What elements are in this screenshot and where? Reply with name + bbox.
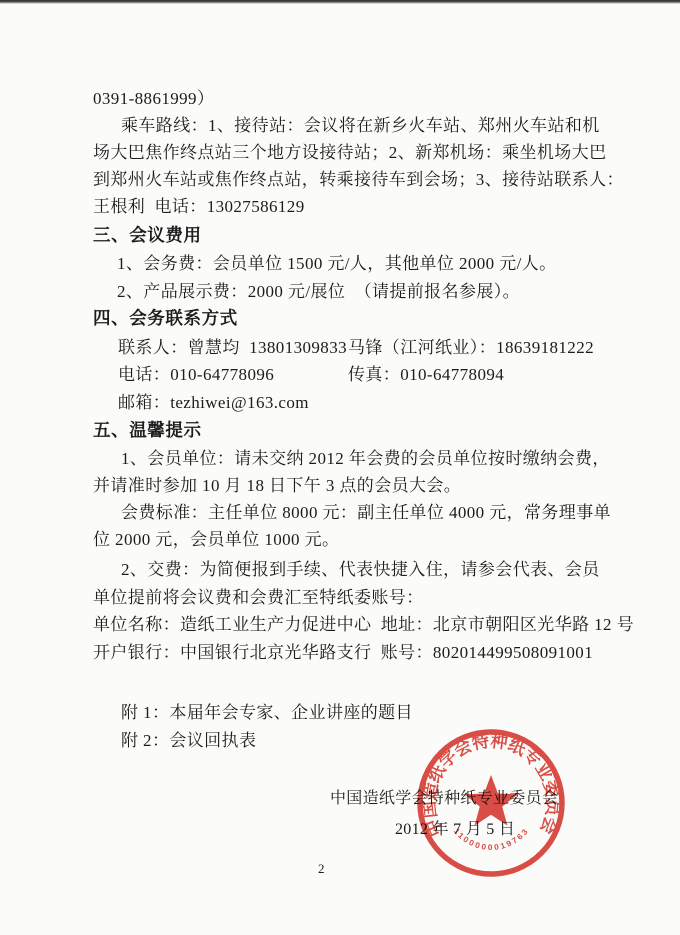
text-line: 五、温馨提示 — [93, 420, 202, 442]
text-line: 乘车路线：1、接待站：会议将在新乡火车站、郑州火车站和机 — [121, 115, 600, 136]
seal-code-text: 1100000019763 — [452, 826, 531, 852]
text-line: 联系人：曾慧均 13801309833 — [118, 337, 347, 358]
text-line: 电话：010-64778096 — [118, 364, 274, 385]
text-line: 1、会务费：会员单位 1500 元/人，其他单位 2000 元/人。 — [117, 253, 557, 274]
text-line: 单位提前将会议费和会费汇至特纸委账号： — [93, 587, 424, 608]
text-line: 马锋（江河纸业）：18639181222 — [348, 337, 594, 358]
text-line: 位 2000 元，会员单位 1000 元。 — [93, 529, 339, 550]
text-line: 并请准时参加 10 月 18 日下午 3 点的会员大会。 — [93, 475, 461, 496]
text-line: 附 1：本届年会专家、企业讲座的题目 — [121, 702, 413, 723]
text-line: 会费标准：主任单位 8000 元：副主任单位 4000 元，常务理事单 — [121, 502, 611, 523]
text-line: 场大巴焦作终点站三个地方设接待站；2、新郑机场：乘坐机场大巴 — [93, 142, 607, 163]
page-number: 2 — [318, 861, 325, 877]
scan-edge-artifact — [0, 0, 680, 4]
text-line: 开户银行：中国银行北京光华路支行 账号：802014499508091001 — [93, 642, 593, 663]
official-seal-stamp: 中国造纸学会特种纸专业委员会 1100000019763 — [409, 721, 573, 885]
text-line: 到郑州火车站或焦作终点站，转乘接待车到会场；3、接待站联系人： — [93, 169, 624, 190]
text-line: 2、产品展示费：2000 元/展位 （请提前报名参展）。 — [117, 281, 520, 302]
text-line: 邮箱：tezhiwei@163.com — [118, 392, 309, 413]
text-line: 单位名称：造纸工业生产力促进中心 地址：北京市朝阳区光华路 12 号 — [93, 614, 634, 635]
text-line: 传真：010-64778094 — [348, 364, 504, 385]
text-line: 三、会议费用 — [93, 225, 202, 247]
text-line: 1、会员单位：请未交纳 2012 年会费的会员单位按时缴纳会费， — [121, 448, 610, 469]
text-line: 附 2：会议回执表 — [121, 730, 256, 751]
document-page: 0391-8861999）乘车路线：1、接待站：会议将在新乡火车站、郑州火车站和… — [0, 0, 680, 935]
text-line: 四、会务联系方式 — [93, 308, 238, 330]
star-icon — [464, 775, 517, 826]
text-line: 0391-8861999） — [93, 88, 214, 109]
text-line: 王根利 电话：13027586129 — [93, 196, 305, 217]
text-line: 2、交费：为简便报到手续、代表快捷入住，请参会代表、会员 — [121, 559, 600, 580]
